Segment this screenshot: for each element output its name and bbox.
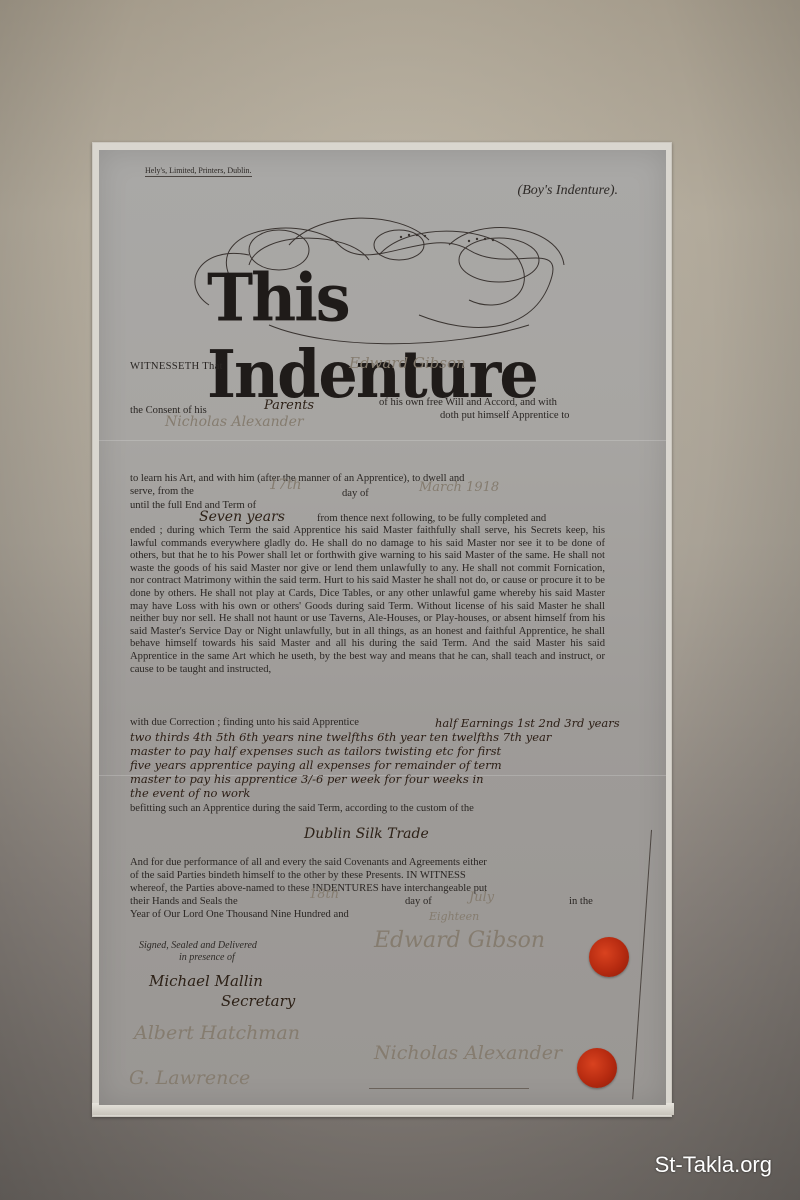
in-the-label: in the [569,895,593,908]
performance-line: of the said Parties bindeth himself to t… [130,869,466,882]
witness-signature: G. Lawrence [129,1067,250,1089]
handwritten-terms: half Earnings 1st 2nd 3rd years two thir… [130,728,660,800]
margin-line [632,830,654,1100]
covenant-text: ended ; during which Term the said Appre… [130,525,605,676]
printer-credit: Hely's, Limited, Printers, Dublin. [145,166,252,177]
consent-handwritten: Parents [264,398,314,413]
paper-fold [99,440,666,441]
befitting-line: befitting such an Apprentice during the … [130,802,474,815]
seal-month-handwritten: July [469,890,494,905]
handwritten-terms-line: five years apprentice paying all expense… [130,758,660,772]
day-of-label: day of [342,487,369,500]
serve-from-label: serve, from the [130,485,194,498]
title-block: This Indenture [169,205,589,355]
witnesseth-label: WITNESSETH That [130,360,223,373]
wax-seal-icon [577,1048,617,1088]
witness-signature: Albert Hatchman [134,1022,300,1044]
start-day-handwritten: 17th [269,477,301,493]
master-signature: Nicholas Alexander [374,1042,562,1064]
signed-label-line: Signed, Sealed and Delivered [139,940,257,952]
signature-underline [369,1088,529,1089]
performance-line: And for due performance of all and every… [130,856,487,869]
apprentice-name-handwritten: Edward Gibson [349,354,466,372]
term-following: from thence next following, to be fully … [317,512,546,525]
handwritten-terms-line: two thirds 4th 5th 6th years nine twelft… [130,730,660,744]
trade-handwritten: Dublin Silk Trade [304,826,429,842]
handwritten-terms-line: master to pay his apprentice 3/-6 per we… [130,772,660,786]
document-title: This Indenture [207,259,589,412]
signed-sealed-label: Signed, Sealed and Delivered in presence… [139,940,257,964]
seal-day-of-label: day of [405,895,432,908]
free-will-line-1: of his own free Will and Accord, and wit… [379,396,557,409]
wax-seal-icon [589,937,629,977]
seal-day-handwritten: 18th [309,887,339,902]
handwritten-terms-line: the event of no work [130,786,660,800]
start-month-year-handwritten: March 1918 [419,480,499,495]
master-name-handwritten: Nicholas Alexander [165,414,304,430]
hands-seals-label: their Hands and Seals the [130,895,238,908]
witness-title: Secretary [221,992,295,1010]
apprentice-signature: Edward Gibson [374,928,545,953]
year-handwritten: Eighteen [429,910,479,923]
free-will-line-2: doth put himself Apprentice to [440,409,569,422]
handwritten-terms-line: half Earnings 1st 2nd 3rd years [435,716,660,730]
form-type: (Boy's Indenture). [518,183,618,199]
handwritten-terms-line: master to pay half expenses such as tail… [130,744,660,758]
presence-label-line: in presence of [179,952,257,964]
year-line: Year of Our Lord One Thousand Nine Hundr… [130,908,349,921]
witness-signature: Michael Mallin [149,972,263,990]
indenture-document: Hely's, Limited, Printers, Dublin. (Boy'… [99,150,666,1105]
watermark: St-Takla.org [655,1152,772,1178]
term-handwritten: Seven years [199,509,285,525]
